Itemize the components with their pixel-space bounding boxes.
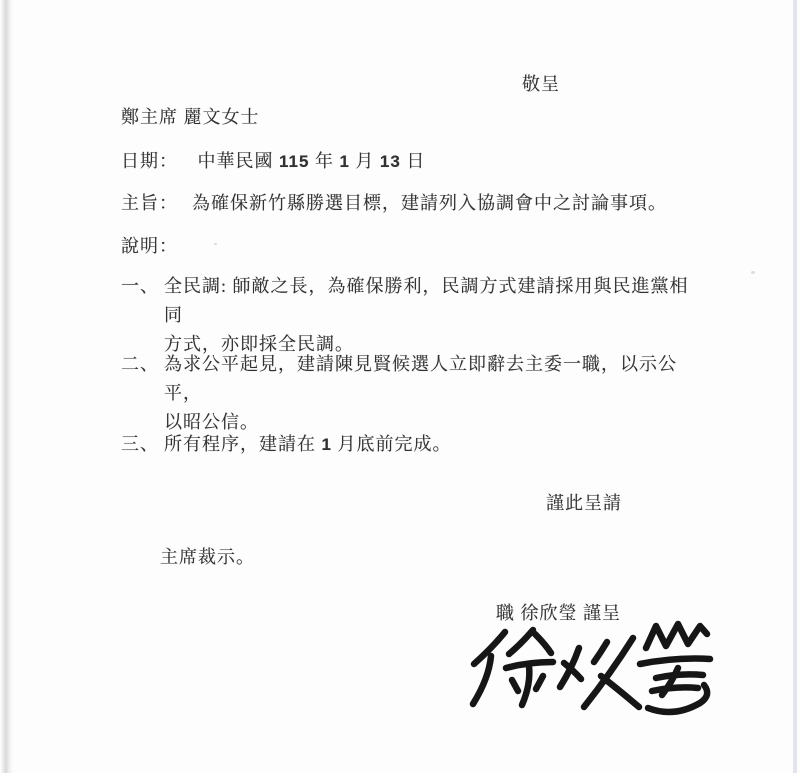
- item-2: 二、 為求公平起見，建請陳見賢候選人立即辭去主委一職，以示公平， 以昭公信。: [121, 350, 701, 437]
- closing-decision: 主席裁示。: [160, 543, 255, 569]
- scan-speck: [751, 271, 755, 274]
- scan-edge-right: [793, 0, 797, 773]
- date-year: 115: [279, 152, 309, 171]
- date-label: 日期：: [121, 151, 178, 171]
- date-year-suffix: 年: [309, 151, 339, 171]
- subject-label: 主旨：: [121, 193, 178, 213]
- item-2-line-1: 為求公平起見，建請陳見賢候選人立即辭去主委一職，以示公平，: [164, 350, 701, 408]
- item-3-part-2: 月底前完成。: [332, 434, 452, 454]
- salute-text: 敬呈: [522, 70, 560, 96]
- scan-speck: [214, 243, 217, 245]
- item-3-number: 1: [322, 435, 332, 454]
- date-era: 中華民國: [198, 151, 280, 171]
- date-day-suffix: 日: [401, 151, 426, 171]
- recipient-line: 鄭主席 麗文女士: [121, 103, 260, 129]
- date-value: 中華民國 115 年 1 月 13 日: [198, 151, 426, 171]
- closing-respect: 謹此呈請: [546, 489, 622, 515]
- item-3: 三、 所有程序，建請在 1 月底前完成。: [121, 430, 701, 459]
- item-3-part-1: 所有程序，建請在: [164, 434, 322, 454]
- item-1-marker: 一、: [121, 272, 164, 301]
- scan-edge-left: [0, 0, 13, 773]
- item-3-line-1: 所有程序，建請在 1 月底前完成。: [164, 430, 451, 459]
- subject-text: 為確保新竹縣勝選目標，建請列入協調會中之討論事項。: [192, 193, 667, 213]
- item-1-text: 全民調: 師敵之長，為確保勝利，民調方式建請採用與民進黨相同 方式，亦即採全民調…: [164, 272, 701, 359]
- subject-line: 主旨：為確保新竹縣勝選目標，建請列入協調會中之討論事項。: [121, 189, 667, 215]
- item-3-marker: 三、: [121, 430, 164, 459]
- item-2-text: 為求公平起見，建請陳見賢候選人立即辭去主委一職，以示公平， 以昭公信。: [164, 350, 701, 437]
- item-3-text: 所有程序，建請在 1 月底前完成。: [164, 430, 451, 459]
- explanation-label: 說明：: [121, 232, 178, 258]
- document-page: 敬呈 鄭主席 麗文女士 日期： 中華民國 115 年 1 月 13 日 主旨：為…: [0, 0, 800, 773]
- date-month: 1: [339, 152, 349, 171]
- date-day: 13: [380, 152, 401, 171]
- date-month-suffix: 月: [350, 151, 380, 171]
- date-line: 日期： 中華民國 115 年 1 月 13 日: [121, 147, 425, 173]
- signature-handwriting: [460, 618, 715, 726]
- item-1: 一、 全民調: 師敵之長，為確保勝利，民調方式建請採用與民進黨相同 方式，亦即採…: [121, 272, 701, 359]
- item-2-marker: 二、: [121, 350, 164, 379]
- item-1-line-1: 全民調: 師敵之長，為確保勝利，民調方式建請採用與民進黨相同: [164, 272, 701, 330]
